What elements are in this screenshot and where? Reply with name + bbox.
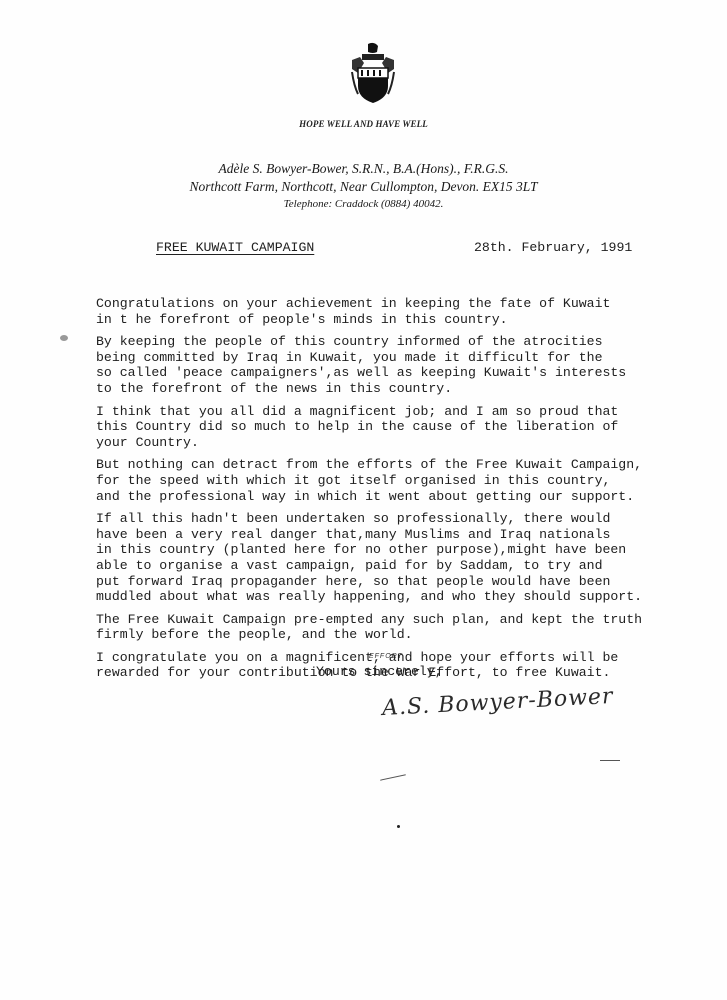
- paragraph: By keeping the people of this country in…: [96, 334, 727, 396]
- closing: Yours sincerely,: [316, 664, 443, 679]
- sender-telephone: Telephone: Craddock (0884) 40042.: [0, 196, 727, 212]
- handwritten-insert-text: EFFORT: [369, 649, 403, 665]
- coat-of-arms-icon: [348, 42, 398, 104]
- paragraph: If all this hadn't been undertaken so pr…: [96, 511, 727, 605]
- hole-punch-mark: [60, 335, 68, 341]
- letter-body: Congratulations on your achievement in k…: [96, 296, 727, 688]
- letter-heading: FREE KUWAIT CAMPAIGN: [156, 240, 314, 255]
- paragraph: I think that you all did a magnificent j…: [96, 404, 727, 451]
- paragraph: Congratulations on your achievement in k…: [96, 296, 727, 327]
- stray-mark: [600, 760, 620, 761]
- stray-dot: [397, 825, 400, 828]
- stray-mark: [380, 774, 406, 780]
- letter-date: 28th. February, 1991: [474, 240, 632, 255]
- sender-address: Northcott Farm, Northcott, Near Cullompt…: [0, 178, 727, 196]
- sender-name: Adèle S. Bowyer-Bower, S.R.N., B.A.(Hons…: [0, 160, 727, 178]
- motto: HOPE WELL AND HAVE WELL: [0, 119, 727, 129]
- signature: A.S. Bowyer-Bower: [382, 684, 615, 721]
- final-line-start: I congratulate you on a magnificent: [96, 650, 373, 665]
- paragraph: The Free Kuwait Campaign pre-empted any …: [96, 612, 727, 643]
- letterhead: Adèle S. Bowyer-Bower, S.R.N., B.A.(Hons…: [0, 160, 727, 212]
- paragraph: But nothing can detract from the efforts…: [96, 457, 727, 504]
- final-line-end: , and hope your efforts will be: [373, 650, 618, 665]
